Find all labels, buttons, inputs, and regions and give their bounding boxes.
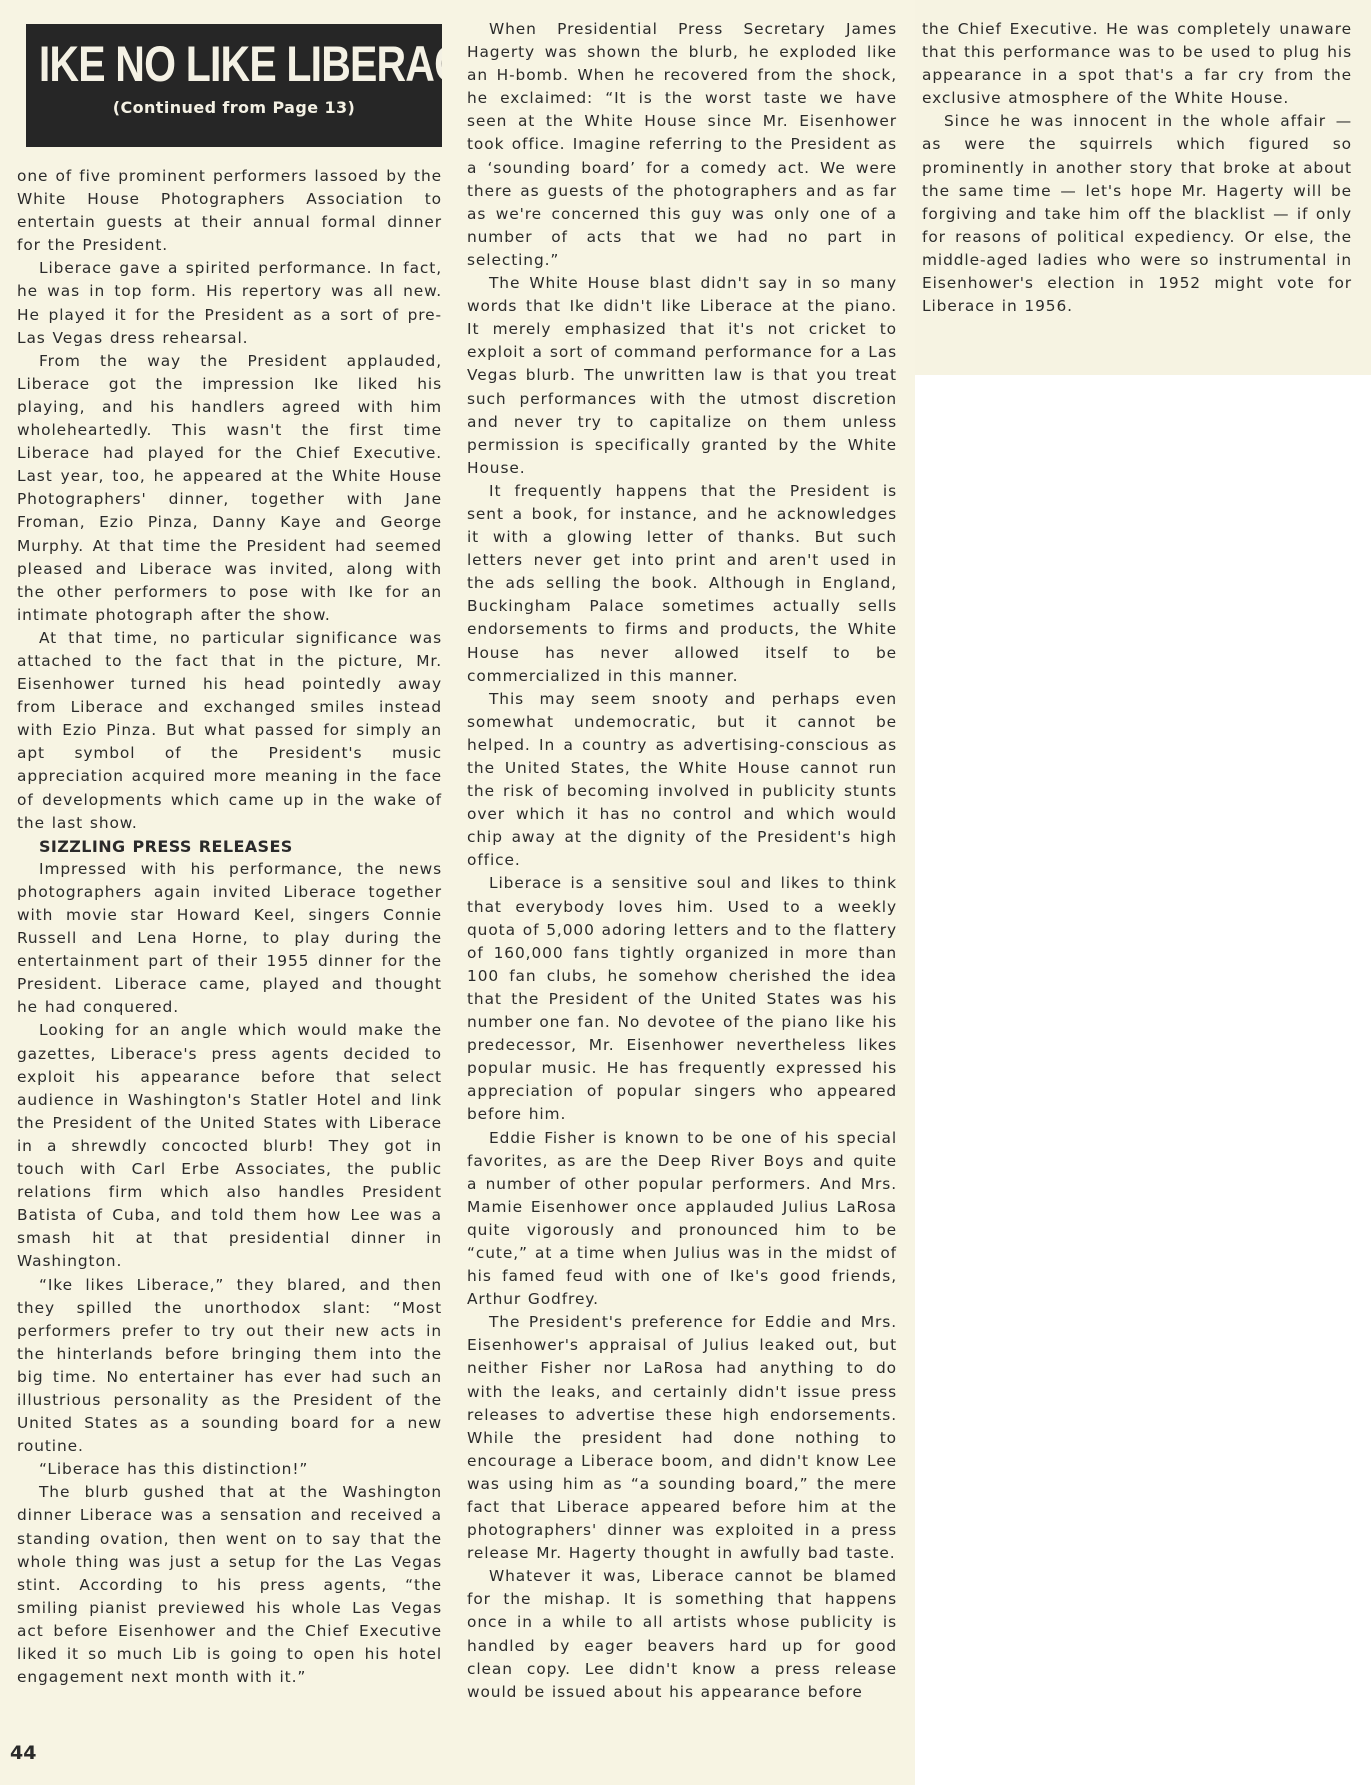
page-number: 44 [10,1742,36,1764]
paragraph: Looking for an angle which would make th… [17,1019,442,1273]
paragraph: Impressed with his performance, the news… [17,858,442,1020]
continued-from-label: (Continued from Page 13) [26,98,442,117]
paragraph: At that time, no particular significance… [17,627,442,835]
paragraph: Eddie Fisher is known to be one of his s… [467,1127,897,1312]
paragraph: It frequently happens that the President… [467,480,897,688]
paragraph: the Chief Executive. He was completely u… [922,18,1352,110]
paragraph: From the way the President applauded, Li… [17,350,442,627]
paragraph: Liberace gave a spirited performance. In… [17,257,442,349]
paragraph: The President's preference for Eddie and… [467,1311,897,1565]
article-title-banner: IKE NO LIKE LIBERACE (Continued from Pag… [26,24,442,147]
article-column-1: one of five prominent performers lassoed… [17,165,442,1689]
paragraph: Whatever it was, Liberace cannot be blam… [467,1565,897,1704]
paragraph: one of five prominent performers lassoed… [17,165,442,257]
article-column-2: When Presidential Press Secretary James … [467,18,897,1704]
paragraph: The White House blast didn't say in so m… [467,272,897,480]
section-subheading: SIZZLING PRESS RELEASES [17,835,442,858]
paragraph: When Presidential Press Secretary James … [467,18,897,272]
paragraph: “Liberace has this distinction!” [17,1458,442,1481]
paragraph: The blurb gushed that at the Washington … [17,1481,442,1689]
article-column-3: the Chief Executive. He was completely u… [922,18,1352,318]
paragraph: Liberace is a sensitive soul and likes t… [467,872,897,1126]
paragraph: Since he was innocent in the whole affai… [922,110,1352,318]
article-title: IKE NO LIKE LIBERACE [39,36,429,92]
paragraph: This may seem snooty and perhaps even so… [467,688,897,873]
paragraph: “Ike likes Liberace,” they blared, and t… [17,1274,442,1459]
